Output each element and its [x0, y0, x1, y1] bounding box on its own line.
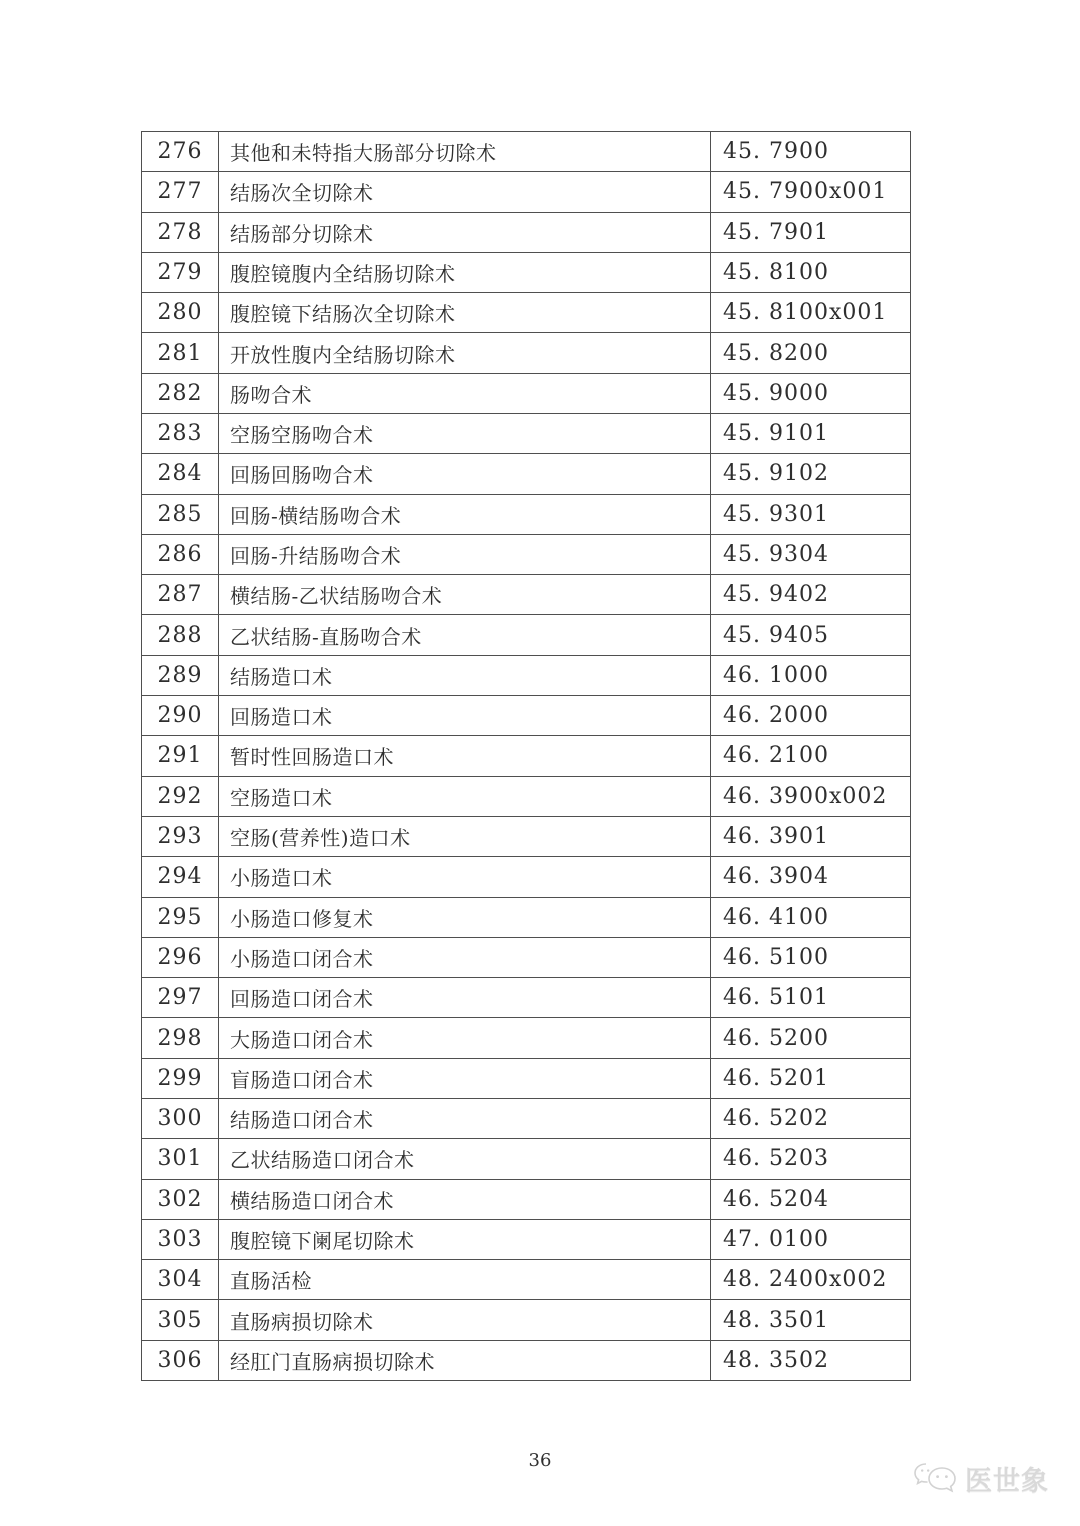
table-row: 277 结肠次全切除术 45. 7900x001 [142, 172, 911, 212]
row-number: 302 [142, 1180, 219, 1220]
procedure-name: 盲肠造口闭合术 [219, 1059, 711, 1099]
table-row: 294 小肠造口术 46. 3904 [142, 857, 911, 897]
procedure-code: 46. 5101 [711, 978, 911, 1018]
procedure-table: 276 其他和未特指大肠部分切除术 45. 7900 277 结肠次全切除术 4… [141, 131, 911, 1381]
table-row: 278 结肠部分切除术 45. 7901 [142, 213, 911, 253]
table-row: 295 小肠造口修复术 46. 4100 [142, 898, 911, 938]
row-number: 277 [142, 172, 219, 212]
row-number: 306 [142, 1341, 219, 1381]
brand-name: 医世象 [965, 1459, 1049, 1498]
row-number: 293 [142, 817, 219, 857]
procedure-name: 直肠病损切除术 [219, 1300, 711, 1340]
procedure-code: 46. 3900x002 [711, 777, 911, 817]
table-row: 285 回肠-横结肠吻合术 45. 9301 [142, 495, 911, 535]
row-number: 305 [142, 1300, 219, 1340]
table-row: 291 暂时性回肠造口术 46. 2100 [142, 736, 911, 776]
procedure-name: 小肠造口术 [219, 857, 711, 897]
table-row: 283 空肠空肠吻合术 45. 9101 [142, 414, 911, 454]
procedure-code: 45. 9304 [711, 535, 911, 575]
procedure-code: 45. 9101 [711, 414, 911, 454]
table-row: 305 直肠病损切除术 48. 3501 [142, 1300, 911, 1340]
procedure-name: 横结肠-乙状结肠吻合术 [219, 575, 711, 615]
table-row: 303 腹腔镜下阑尾切除术 47. 0100 [142, 1220, 911, 1260]
row-number: 283 [142, 414, 219, 454]
row-number: 282 [142, 374, 219, 414]
procedure-name: 暂时性回肠造口术 [219, 736, 711, 776]
table-row: 300 结肠造口闭合术 46. 5202 [142, 1099, 911, 1139]
procedure-code: 45. 9301 [711, 495, 911, 535]
procedure-code: 45. 9000 [711, 374, 911, 414]
table-row: 286 回肠-升结肠吻合术 45. 9304 [142, 535, 911, 575]
procedure-code: 45. 9405 [711, 615, 911, 655]
row-number: 278 [142, 213, 219, 253]
procedure-name: 空肠造口术 [219, 777, 711, 817]
procedure-code: 46. 3901 [711, 817, 911, 857]
procedure-code: 46. 5202 [711, 1099, 911, 1139]
row-number: 290 [142, 696, 219, 736]
row-number: 299 [142, 1059, 219, 1099]
table-row: 281 开放性腹内全结肠切除术 45. 8200 [142, 333, 911, 373]
table-row: 292 空肠造口术 46. 3900x002 [142, 777, 911, 817]
row-number: 298 [142, 1018, 219, 1058]
row-number: 294 [142, 857, 219, 897]
procedure-name: 结肠部分切除术 [219, 213, 711, 253]
procedure-code: 46. 1000 [711, 656, 911, 696]
row-number: 281 [142, 333, 219, 373]
row-number: 300 [142, 1099, 219, 1139]
procedure-name: 回肠造口术 [219, 696, 711, 736]
procedure-code: 46. 3904 [711, 857, 911, 897]
procedure-name: 直肠活检 [219, 1260, 711, 1300]
table-row: 280 腹腔镜下结肠次全切除术 45. 8100x001 [142, 293, 911, 333]
procedure-code: 46. 4100 [711, 898, 911, 938]
row-number: 287 [142, 575, 219, 615]
procedure-code: 45. 7900 [711, 132, 911, 172]
procedure-name: 空肠空肠吻合术 [219, 414, 711, 454]
procedure-name: 腹腔镜下结肠次全切除术 [219, 293, 711, 333]
table-row: 296 小肠造口闭合术 46. 5100 [142, 938, 911, 978]
table-row: 284 回肠回肠吻合术 45. 9102 [142, 454, 911, 494]
procedure-name: 乙状结肠造口闭合术 [219, 1139, 711, 1179]
row-number: 288 [142, 615, 219, 655]
procedure-code: 45. 7900x001 [711, 172, 911, 212]
row-number: 296 [142, 938, 219, 978]
procedure-code: 46. 5100 [711, 938, 911, 978]
procedure-name: 乙状结肠-直肠吻合术 [219, 615, 711, 655]
table-row: 306 经肛门直肠病损切除术 48. 3502 [142, 1341, 911, 1381]
row-number: 285 [142, 495, 219, 535]
procedure-name: 其他和未特指大肠部分切除术 [219, 132, 711, 172]
row-number: 291 [142, 736, 219, 776]
procedure-code: 48. 2400x002 [711, 1260, 911, 1300]
procedure-code: 45. 8100x001 [711, 293, 911, 333]
table-row: 299 盲肠造口闭合术 46. 5201 [142, 1059, 911, 1099]
procedure-name: 横结肠造口闭合术 [219, 1180, 711, 1220]
table-row: 276 其他和未特指大肠部分切除术 45. 7900 [142, 132, 911, 172]
procedure-name: 结肠造口术 [219, 656, 711, 696]
table-row: 287 横结肠-乙状结肠吻合术 45. 9402 [142, 575, 911, 615]
table-row: 279 腹腔镜腹内全结肠切除术 45. 8100 [142, 253, 911, 293]
row-number: 279 [142, 253, 219, 293]
table-row: 289 结肠造口术 46. 1000 [142, 656, 911, 696]
procedure-code: 48. 3501 [711, 1300, 911, 1340]
procedure-name: 小肠造口闭合术 [219, 938, 711, 978]
table-row: 298 大肠造口闭合术 46. 5200 [142, 1018, 911, 1058]
procedure-code: 45. 8100 [711, 253, 911, 293]
row-number: 295 [142, 898, 219, 938]
procedure-name: 结肠次全切除术 [219, 172, 711, 212]
table-row: 288 乙状结肠-直肠吻合术 45. 9405 [142, 615, 911, 655]
procedure-code: 48. 3502 [711, 1341, 911, 1381]
procedure-code: 46. 5201 [711, 1059, 911, 1099]
row-number: 301 [142, 1139, 219, 1179]
table-row: 293 空肠(营养性)造口术 46. 3901 [142, 817, 911, 857]
procedure-name: 小肠造口修复术 [219, 898, 711, 938]
procedure-name: 腹腔镜下阑尾切除术 [219, 1220, 711, 1260]
table-row: 290 回肠造口术 46. 2000 [142, 696, 911, 736]
procedure-code: 45. 7901 [711, 213, 911, 253]
row-number: 276 [142, 132, 219, 172]
procedure-code: 47. 0100 [711, 1220, 911, 1260]
procedure-name: 肠吻合术 [219, 374, 711, 414]
row-number: 284 [142, 454, 219, 494]
row-number: 292 [142, 777, 219, 817]
table-row: 297 回肠造口闭合术 46. 5101 [142, 978, 911, 1018]
brand-watermark: 医世象 [912, 1458, 1049, 1498]
procedure-name: 回肠-横结肠吻合术 [219, 495, 711, 535]
procedure-code: 45. 8200 [711, 333, 911, 373]
procedure-name: 回肠回肠吻合术 [219, 454, 711, 494]
procedure-code: 45. 9402 [711, 575, 911, 615]
row-number: 286 [142, 535, 219, 575]
procedure-name: 开放性腹内全结肠切除术 [219, 333, 711, 373]
procedure-code: 46. 2000 [711, 696, 911, 736]
row-number: 280 [142, 293, 219, 333]
procedure-name: 经肛门直肠病损切除术 [219, 1341, 711, 1381]
procedure-name: 空肠(营养性)造口术 [219, 817, 711, 857]
procedure-name: 大肠造口闭合术 [219, 1018, 711, 1058]
document-page: 276 其他和未特指大肠部分切除术 45. 7900 277 结肠次全切除术 4… [0, 0, 1080, 1526]
wechat-bubbles-icon [912, 1458, 960, 1498]
row-number: 289 [142, 656, 219, 696]
procedure-name: 回肠-升结肠吻合术 [219, 535, 711, 575]
row-number: 297 [142, 978, 219, 1018]
procedure-name: 腹腔镜腹内全结肠切除术 [219, 253, 711, 293]
table-row: 282 肠吻合术 45. 9000 [142, 374, 911, 414]
procedure-code: 46. 2100 [711, 736, 911, 776]
procedure-code: 46. 5200 [711, 1018, 911, 1058]
row-number: 303 [142, 1220, 219, 1260]
table-row: 302 横结肠造口闭合术 46. 5204 [142, 1180, 911, 1220]
procedure-code: 46. 5203 [711, 1139, 911, 1179]
procedure-code: 45. 9102 [711, 454, 911, 494]
procedure-code: 46. 5204 [711, 1180, 911, 1220]
procedure-name: 结肠造口闭合术 [219, 1099, 711, 1139]
procedure-name: 回肠造口闭合术 [219, 978, 711, 1018]
row-number: 304 [142, 1260, 219, 1300]
table-row: 301 乙状结肠造口闭合术 46. 5203 [142, 1139, 911, 1179]
table-row: 304 直肠活检 48. 2400x002 [142, 1260, 911, 1300]
